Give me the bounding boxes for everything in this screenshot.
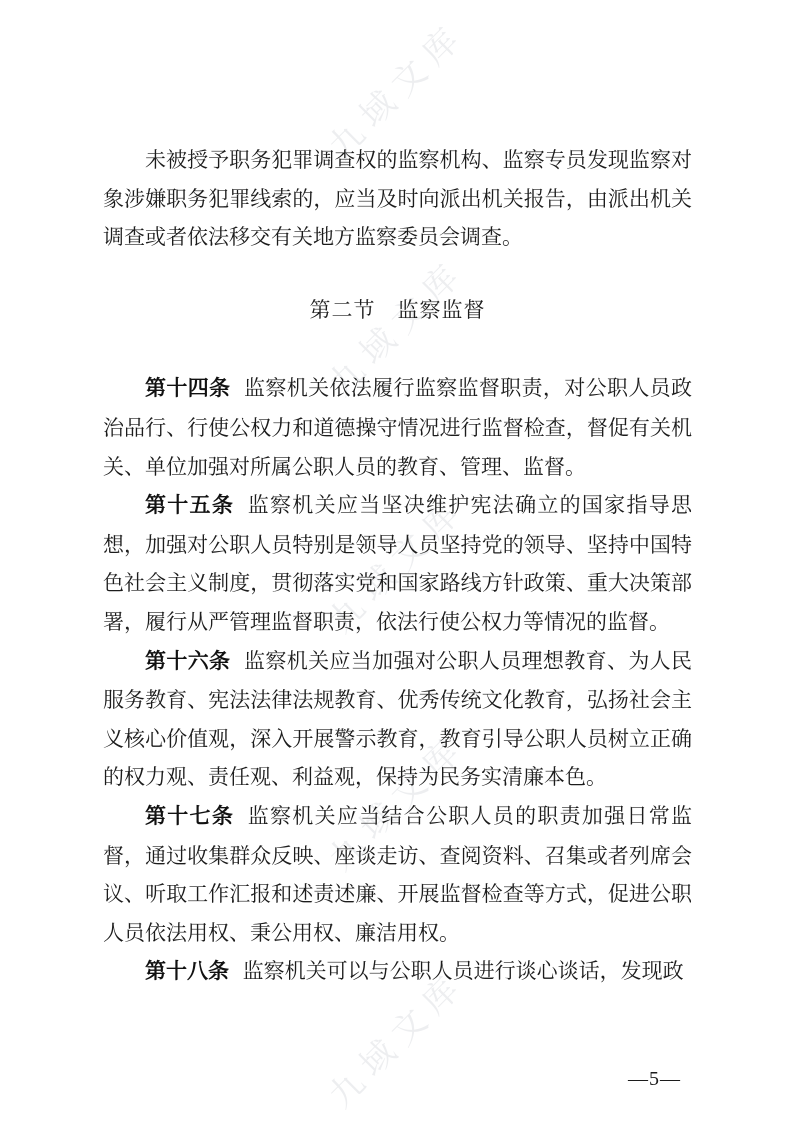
article-number: 第十七条 xyxy=(145,805,234,828)
article-number: 第十五条 xyxy=(145,494,234,517)
document-body: 未被授予职务犯罪调查权的监察机构、监察专员发现监察对象涉嫌职务犯罪线索的，应当及… xyxy=(103,141,692,992)
section-heading: 第二节 监察监督 xyxy=(103,291,692,330)
article-number: 第十六条 xyxy=(145,650,230,673)
article-paragraph-15: 第十五条监察机关应当坚决维护宪法确立的国家指导思想，加强对公职人员特别是领导人员… xyxy=(103,486,692,641)
article-text: 监察机关可以与公职人员进行谈心谈话，发现政 xyxy=(243,959,684,983)
document-page: 九域文库 九域文库 九域文库 九域文库 九域文库 未被授予职务犯罪调查权的监察机… xyxy=(0,0,793,1122)
article-paragraph-17: 第十七条监察机关应当结合公职人员的职责加强日常监督，通过收集群众反映、座谈走访、… xyxy=(103,797,692,952)
page-number: —5— xyxy=(628,1068,681,1090)
article-paragraph-14: 第十四条监察机关依法履行监察监督职责，对公职人员政治品行、行使公权力和道德操守情… xyxy=(103,369,692,486)
article-number: 第十四条 xyxy=(145,377,230,400)
intro-paragraph: 未被授予职务犯罪调查权的监察机构、监察专员发现监察对象涉嫌职务犯罪线索的，应当及… xyxy=(103,141,692,257)
article-paragraph-16: 第十六条监察机关应当加强对公职人员理想教育、为人民服务教育、宪法法律法规教育、优… xyxy=(103,642,692,797)
article-number: 第十八条 xyxy=(145,960,229,983)
article-paragraph-18: 第十八条监察机关可以与公职人员进行谈心谈话，发现政 xyxy=(103,952,692,992)
